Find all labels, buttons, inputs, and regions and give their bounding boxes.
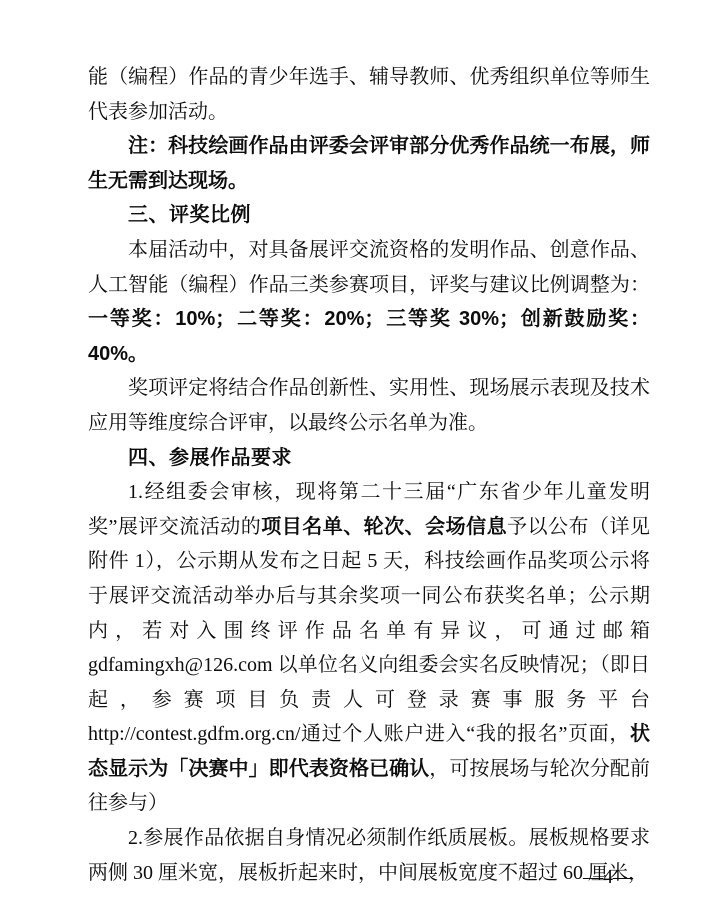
note-paragraph: 注：科技绘画作品由评委会评审部分优秀作品统一布展，师生无需到达现场。 bbox=[88, 129, 650, 198]
requirement-1-paragraph: 1.经组委会审核，现将第二十三届“广东省少年儿童发明奖”展评交流活动的项目名单、… bbox=[88, 475, 650, 821]
bold-text-run: 一等奖：10%；二等奖：20%；三等奖 30%；创新鼓励奖：40%。 bbox=[88, 308, 650, 365]
section-heading-four: 四、参展作品要求 bbox=[88, 441, 650, 476]
text-run: 能（编程）作品的青少年选手、辅导教师、优秀组织单位等师生代表参加活动。 bbox=[88, 66, 650, 123]
bold-text-run: 四、参展作品要求 bbox=[128, 447, 292, 469]
page-number: —4— bbox=[583, 866, 633, 889]
award-ratio-paragraph: 本届活动中，对具备展评交流资格的发明作品、创意作品、人工智能（编程）作品三类参赛… bbox=[88, 233, 650, 371]
text-run: 2.参展作品依据自身情况必须制作纸质展板。展板规格要求两侧 30 厘米宽，展板折… bbox=[88, 827, 650, 884]
bold-text-run: 三、评奖比例 bbox=[128, 204, 251, 226]
text-run: 奖项评定将结合作品创新性、实用性、现场展示表现及技术应用等维度综合评审，以最终公… bbox=[88, 377, 650, 434]
document-body: 能（编程）作品的青少年选手、辅导教师、优秀组织单位等师生代表参加活动。注：科技绘… bbox=[88, 60, 650, 890]
section-heading-three: 三、评奖比例 bbox=[88, 198, 650, 233]
award-review-paragraph: 奖项评定将结合作品创新性、实用性、现场展示表现及技术应用等维度综合评审，以最终公… bbox=[88, 371, 650, 440]
bold-text-run: 注：科技绘画作品由评委会评审部分优秀作品统一布展，师生无需到达现场。 bbox=[88, 135, 650, 192]
text-run: 予以公布（详见附件 1），公示期从发布之日起 5 天，科技绘画作品奖项公示将于展… bbox=[88, 516, 650, 746]
continued-paragraph: 能（编程）作品的青少年选手、辅导教师、优秀组织单位等师生代表参加活动。 bbox=[88, 60, 650, 129]
document-page: 能（编程）作品的青少年选手、辅导教师、优秀组织单位等师生代表参加活动。注：科技绘… bbox=[0, 0, 711, 905]
text-run: 本届活动中，对具备展评交流资格的发明作品、创意作品、人工智能（编程）作品三类参赛… bbox=[88, 239, 650, 296]
bold-text-run: 项目名单、轮次、会场信息 bbox=[261, 516, 507, 538]
requirement-2-paragraph: 2.参展作品依据自身情况必须制作纸质展板。展板规格要求两侧 30 厘米宽，展板折… bbox=[88, 821, 650, 890]
